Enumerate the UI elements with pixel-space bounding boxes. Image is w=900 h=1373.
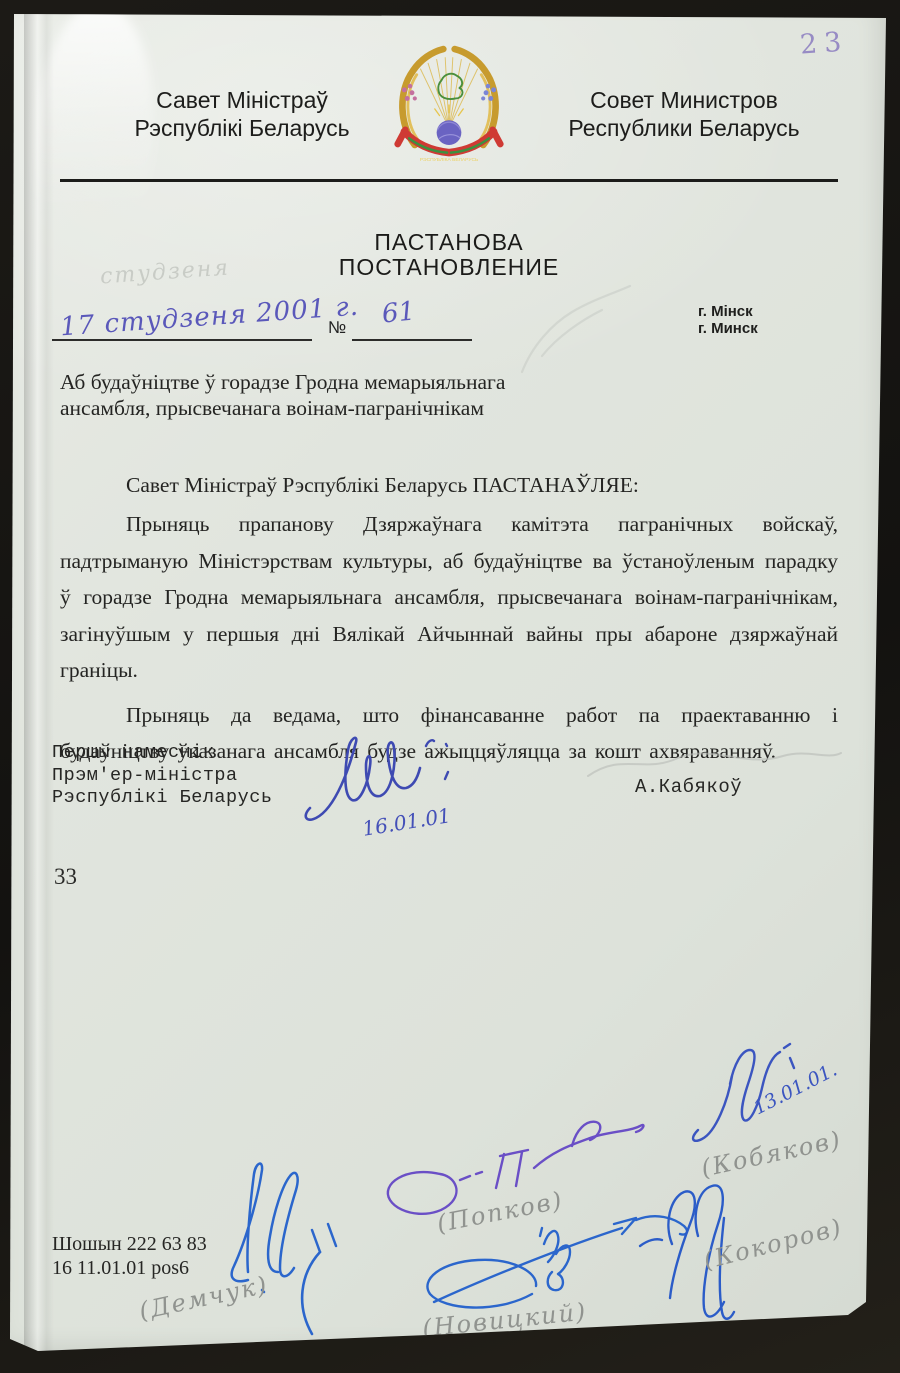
signer-position: Першы намеснік Прэм'ер-міністра Рэспублі… [52,742,272,810]
org-name-belarusian: Савет Міністраў Рэспублікі Беларусь [74,86,410,142]
city-block: г. Мінск г. Минск [698,303,758,337]
title-belarusian: ПАСТАНОВА [60,230,838,255]
faint-pencil-scribble [500,274,650,384]
number-line [352,312,472,341]
org-name-russian: Совет Министров Республики Беларусь [556,86,812,142]
page-number-stamp: 23 [799,26,849,60]
document-page: 23 Савет Міністраў Рэспублікі Беларусь [8,12,890,1360]
ink-parenthesis-mark [290,1248,330,1340]
subject-line2: ансамбля, прысвечанага воінам-пагранічні… [60,395,838,421]
city-russian: г. Минск [698,320,758,337]
org-name-ru-line1: Совет Министров [556,86,812,114]
org-name-by-line1: Савет Міністраў [74,86,410,114]
subject: Аб будаўніцтве ў горадзе Гродна мемарыял… [60,369,838,421]
emblem-banner-text: РЭСПУБЛІКА БЕЛАРУСЬ [420,157,479,163]
org-name-ru-line2: Республики Беларусь [556,114,812,142]
position-line2: Прэм'ер-міністра [52,765,272,788]
paragraph-1: Прыняць прапанову Дзяржаўнага камітэта п… [60,506,838,689]
archive-number: 33 [54,864,77,890]
signer-name: А.Кабякоў [635,776,742,799]
position-line1: Першы намеснік [52,742,272,765]
city-belarusian: г. Мінск [698,303,758,320]
document-body: Аб будаўніцтве ў горадзе Гродна мемарыял… [60,369,838,770]
letterhead-divider [60,179,838,182]
belarus-coat-of-arms-icon: РЭСПУБЛІКА БЕЛАРУСЬ [392,44,506,170]
executor-note: Шошын 222 63 83 16 11.01.01 pos6 [52,1232,207,1280]
executor-line2: 16 11.01.01 pos6 [52,1256,207,1280]
position-line3: Рэспублікі Беларусь [52,787,272,810]
binding-crease [24,12,54,1360]
resolution-intro: Савет Міністраў Рэспублікі Беларусь ПАСТ… [60,473,838,498]
org-name-by-line2: Рэспублікі Беларусь [74,114,410,142]
executor-line1: Шошын 222 63 83 [52,1232,207,1256]
date-line [52,312,312,341]
scan-background: 23 Савет Міністраў Рэспублікі Беларусь [0,0,900,1373]
subject-line1: Аб будаўніцтве ў горадзе Гродна мемарыял… [60,369,838,395]
number-label: № [328,318,346,338]
